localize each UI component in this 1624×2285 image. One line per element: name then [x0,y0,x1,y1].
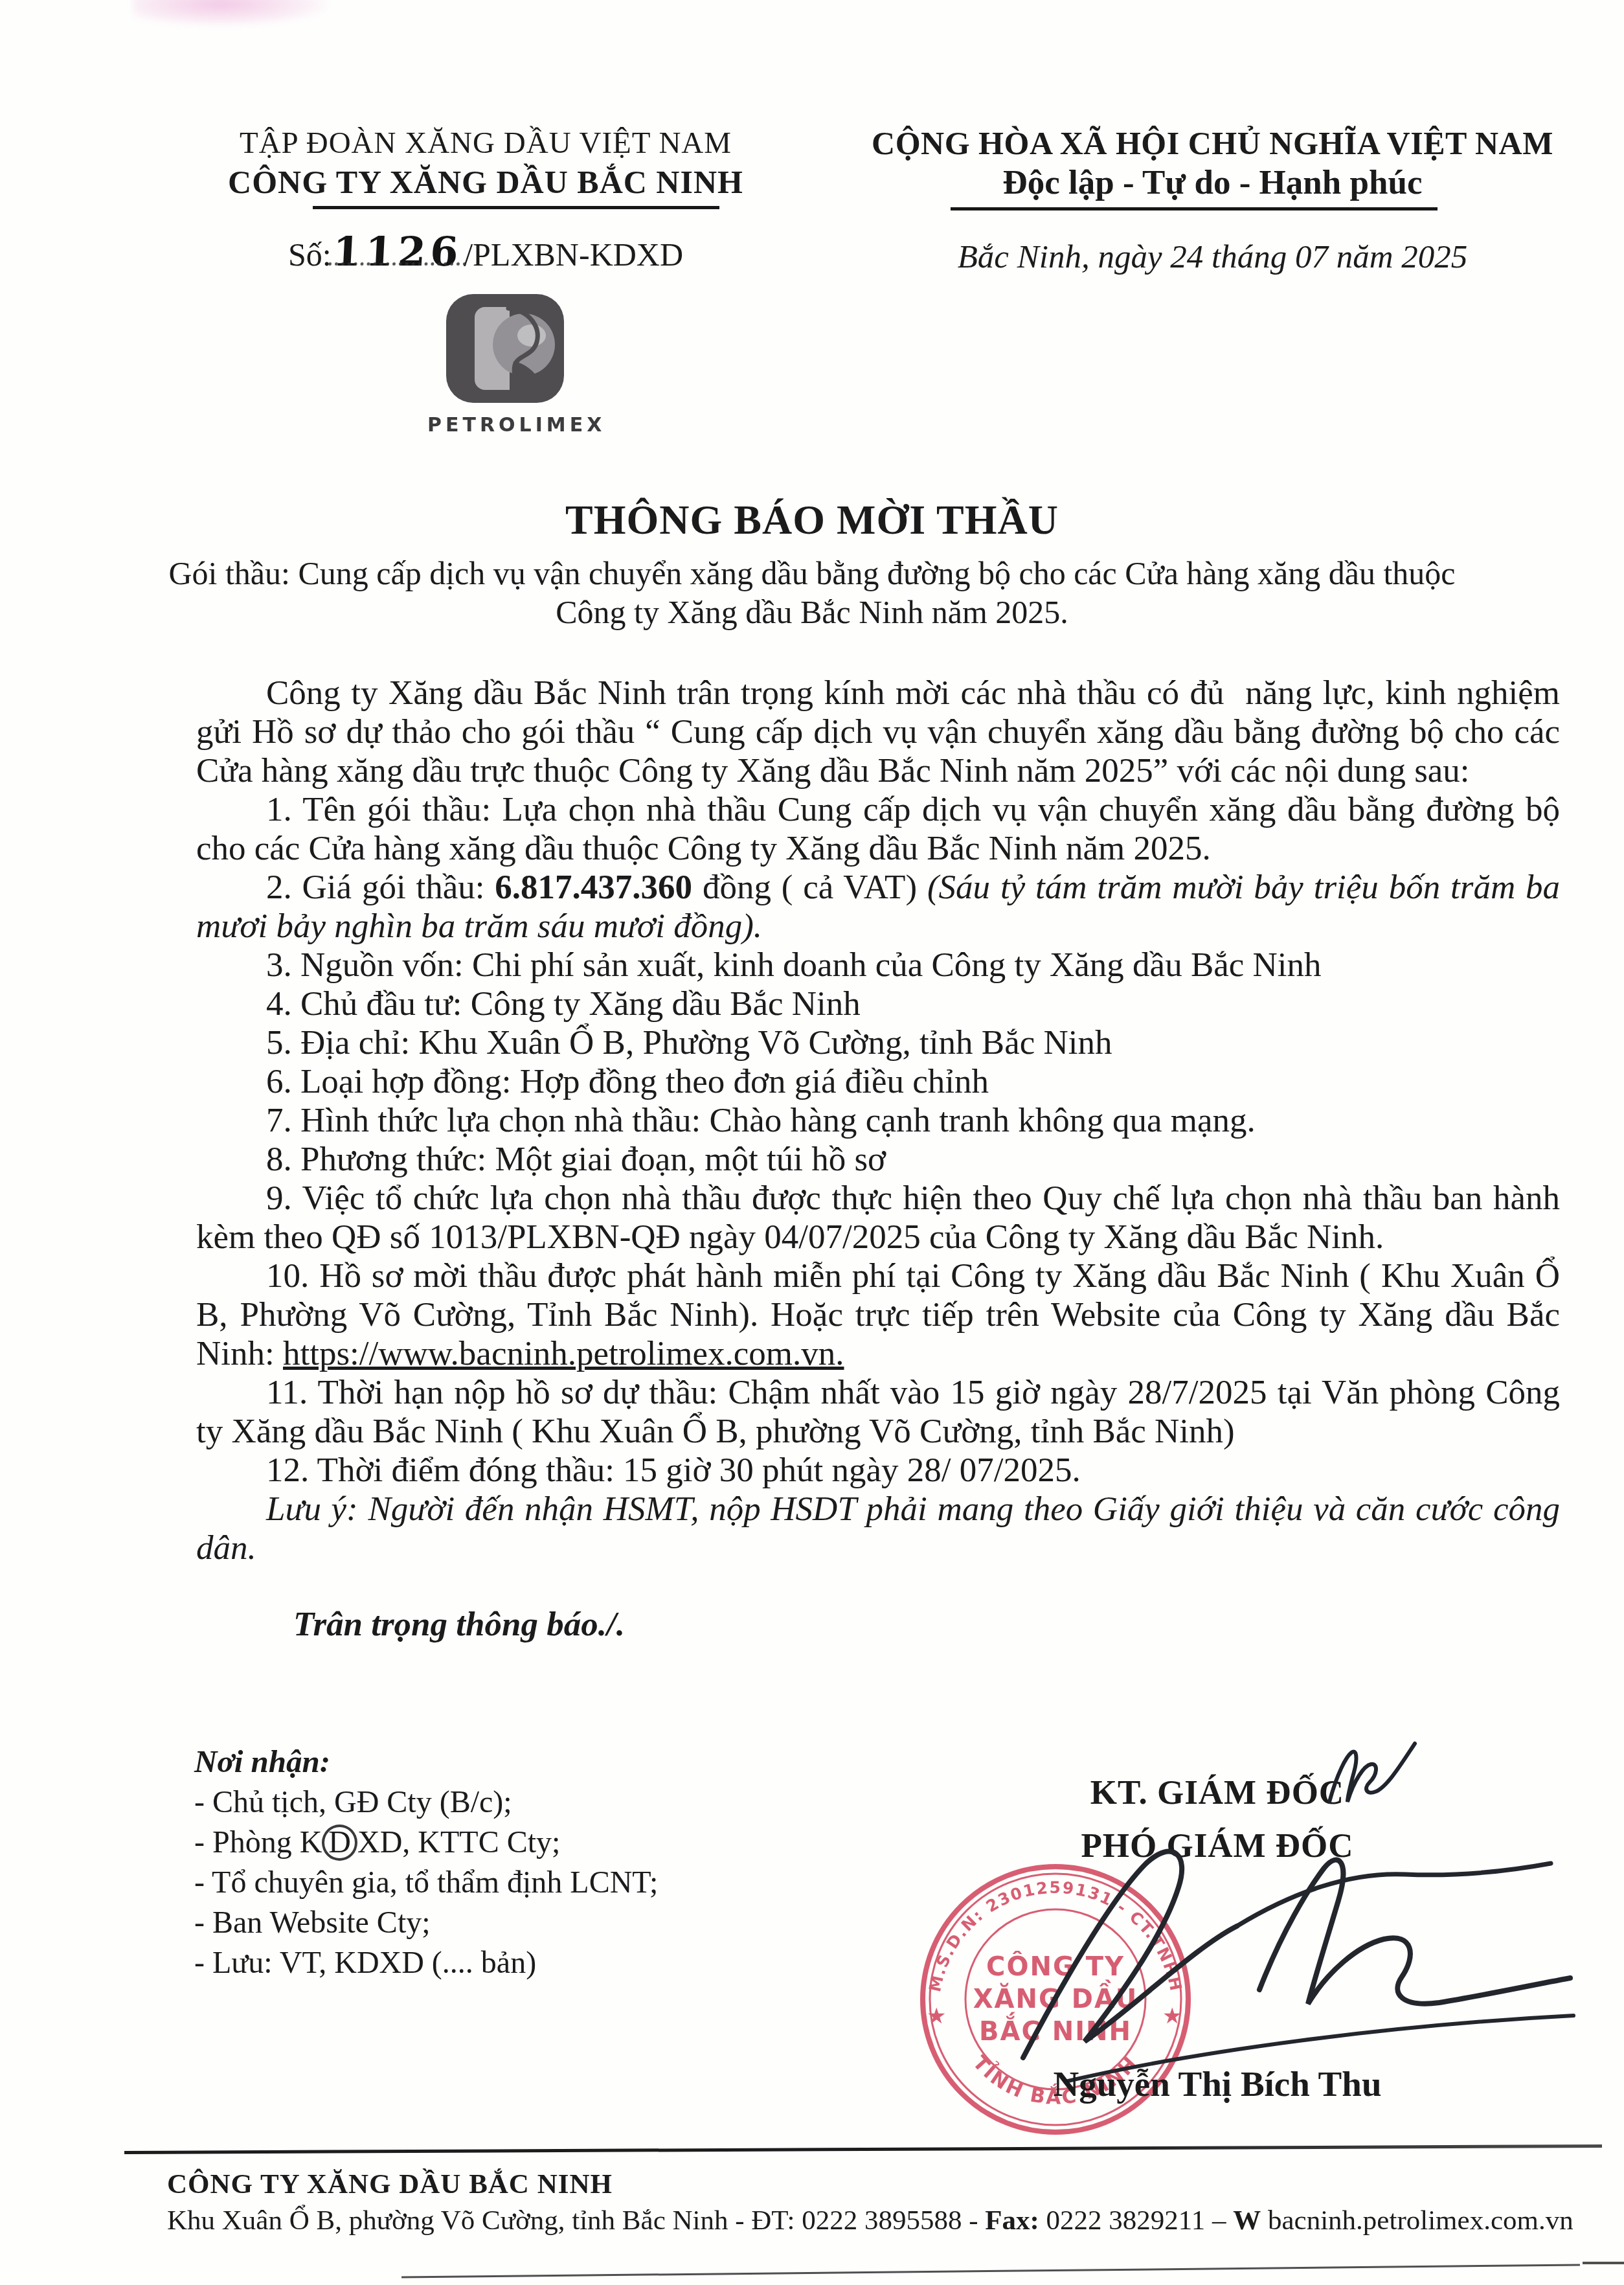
signature-scribble-icon [987,1828,1583,2087]
header-left-underline [313,206,719,209]
parent-org-name: TẬP ĐOÀN XĂNG DẦU VIỆT NAM [188,124,784,162]
item-2-mid: đồng ( cả VAT) [692,869,927,906]
footer-fax-number: 0222 3829211 – [1039,2205,1233,2236]
footer-address-text: Khu Xuân Ổ B, phường Võ Cường, tỉnh Bắc … [167,2205,985,2236]
recipient-item: - Phòng KDXD, KTTC Cty; [194,1823,777,1863]
footer-contact-line: Khu Xuân Ổ B, phường Võ Cường, tỉnh Bắc … [167,2205,1573,2236]
note-paragraph: Lưu ý: Người đến nhận HSMT, nộp HSDT phả… [196,1490,1560,1567]
website-link[interactable]: https://www.bacninh.petrolimex.com.vn. [283,1335,844,1372]
petrolimex-logo-icon [445,293,565,404]
recipient-item: - Chủ tịch, GĐ Cty (B/c); [194,1782,777,1823]
item-11: 11. Thời hạn nộp hồ sơ dự thầu: Chậm nhấ… [196,1373,1560,1451]
stamp-star-left-icon: ★ [927,2005,946,2029]
page-subtitle-line1: Gói thầu: Cung cấp dịch vụ vận chuyển xă… [0,554,1624,592]
petrolimex-logo-text: PETROLIMEX [427,414,583,437]
item-2: 2. Giá gói thầu: 6.817.437.360 đồng ( cả… [196,868,1560,946]
page-title: THÔNG BÁO MỜI THẦU [0,496,1624,544]
scan-artifact-dash [1583,2262,1624,2264]
footer-website-label: W [1233,2205,1261,2236]
item-10: 10. Hồ sơ mời thầu được phát hành miễn p… [196,1256,1560,1373]
petrolimex-logo: PETROLIMEX [427,293,583,437]
company-name: CÔNG TY XĂNG DẦU BẮC NINH [188,162,784,202]
item-5: 5. Địa chỉ: Khu Xuân Ổ B, Phường Võ Cườn… [196,1023,1560,1062]
item-7: 7. Hình thức lựa chọn nhà thầu: Chào hàn… [196,1101,1560,1140]
handwritten-circle-mark: D [322,1825,357,1861]
document-number-prefix: Số: [288,236,332,273]
scan-artifact-line [401,2264,1580,2278]
document-body: Công ty Xăng dầu Bắc Ninh trân trọng kín… [196,674,1560,1644]
document-number-suffix: /PLXBN-KDXD [464,236,683,273]
recipient-item: - Lưu: VT, KDXD (.... bản) [194,1943,777,1983]
scan-artifact-smudge [133,0,327,26]
closing-line: Trân trọng thông báo./. [196,1605,1560,1644]
signer-name: Nguyễn Thị Bích Thu [1007,2063,1428,2104]
header-left: TẬP ĐOÀN XĂNG DẦU VIỆT NAM CÔNG TY XĂNG … [188,124,784,202]
tender-price-value: 6.817.437.360 [495,869,692,906]
item-2-label: 2. Giá gói thầu: [266,869,495,906]
header-right: CỘNG HÒA XÃ HỘI CHỦ NGHĨA VIỆT NAM Độc l… [835,124,1590,203]
place-dateline: Bắc Ninh, ngày 24 tháng 07 năm 2025 [835,238,1590,276]
recipient-item-pre: - Phòng K [194,1825,322,1859]
footer-company-name: CÔNG TY XĂNG DẦU BẮC NINH [167,2168,613,2200]
recipient-item: - Ban Website Cty; [194,1903,777,1943]
item-8: 8. Phương thức: Một giai đoạn, một túi h… [196,1140,1560,1179]
recipients-heading: Nơi nhận: [194,1741,777,1782]
approver-initial-scribble-icon [1318,1734,1428,1819]
document-number-handwritten: 1126 [330,228,465,276]
document-number: Số:1126/PLXBN-KDXD [188,228,784,279]
item-1: 1. Tên gói thầu: Lựa chọn nhà thầu Cung … [196,790,1560,868]
national-title: CỘNG HÒA XÃ HỘI CHỦ NGHĨA VIỆT NAM [835,124,1590,162]
recipient-item: - Tổ chuyên gia, tổ thẩm định LCNT; [194,1863,777,1903]
item-6: 6. Loại hợp đồng: Hợp đồng theo đơn giá … [196,1062,1560,1101]
intro-paragraph: Công ty Xăng dầu Bắc Ninh trân trọng kín… [196,674,1560,790]
recipients-block: Nơi nhận: - Chủ tịch, GĐ Cty (B/c); - Ph… [194,1741,777,1983]
header-right-underline [951,207,1438,210]
footer-fax-label: Fax: [985,2205,1039,2236]
footer-website-url: bacninh.petrolimex.com.vn [1261,2205,1573,2236]
item-3: 3. Nguồn vốn: Chi phí sản xuất, kinh doa… [196,946,1560,984]
document-page: TẬP ĐOÀN XĂNG DẦU VIỆT NAM CÔNG TY XĂNG … [0,0,1624,2285]
national-motto: Độc lập - Tự do - Hạnh phúc [835,162,1590,203]
item-12: 12. Thời điểm đóng thầu: 15 giờ 30 phút … [196,1451,1560,1490]
item-9: 9. Việc tổ chức lựa chọn nhà thầu được t… [196,1179,1560,1256]
footer-divider [124,2144,1602,2154]
item-4: 4. Chủ đầu tư: Công ty Xăng dầu Bắc Ninh [196,984,1560,1023]
recipient-item-post: XD, KTTC Cty; [357,1825,560,1859]
page-subtitle-line2: Công ty Xăng dầu Bắc Ninh năm 2025. [0,593,1624,631]
